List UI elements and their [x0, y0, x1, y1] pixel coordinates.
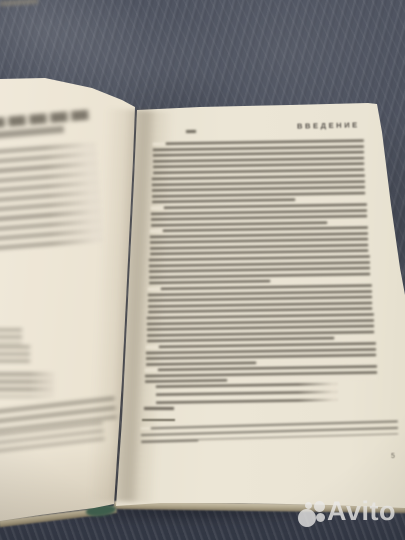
book-photo: ВВЕДЕНИЕ 5 Avito — [0, 0, 405, 540]
blurred-list-wrap-line — [144, 407, 174, 410]
footnote-rule — [142, 419, 175, 421]
blurred-paragraph — [148, 284, 372, 314]
avito-logo-icon — [298, 509, 316, 527]
blurred-text-fragment — [0, 329, 22, 344]
blurred-paragraph — [151, 203, 367, 226]
blurred-text-fragment — [0, 373, 54, 397]
chapter-heading: ВВЕДЕНИЕ — [297, 120, 360, 130]
running-head-mark — [186, 130, 196, 133]
blurred-paragraph — [147, 313, 374, 343]
blurred-paragraph — [0, 143, 104, 252]
avito-logo-icon — [316, 513, 325, 522]
blurred-text-fragment — [0, 346, 30, 364]
blurred-numbered-list — [156, 383, 338, 405]
blurred-paragraph — [152, 174, 365, 203]
avito-wordmark: Avito — [327, 496, 396, 527]
blurred-paragraph — [153, 139, 364, 174]
blurred-paragraph — [149, 255, 370, 284]
avito-logo-icon — [305, 502, 312, 509]
blurred-paragraph — [150, 226, 368, 255]
avito-logo-icon — [314, 501, 325, 512]
page-number: 5 — [391, 453, 395, 460]
blurred-paragraph — [146, 342, 376, 366]
